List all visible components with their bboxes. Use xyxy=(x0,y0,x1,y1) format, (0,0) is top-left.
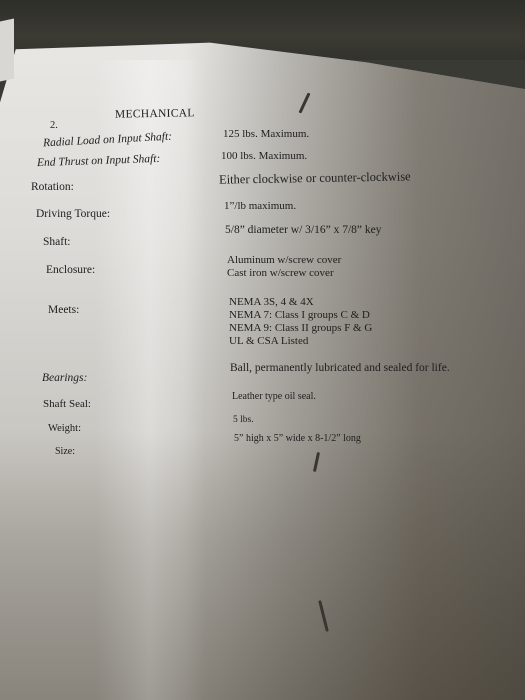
spec-label-weight: Weight: xyxy=(48,423,81,434)
spec-value-enclosure-2: Cast iron w/screw cover xyxy=(227,267,334,279)
spec-label-bearings: Bearings: xyxy=(42,372,87,384)
spec-label-meets: Meets: xyxy=(48,304,79,316)
spec-value-enclosure-1: Aluminum w/screw cover xyxy=(227,254,341,266)
spec-label-driving-torque: Driving Torque: xyxy=(36,208,110,220)
spec-value-shaft: 5/8” diameter w/ 3/16” x 7/8” key xyxy=(225,224,381,236)
spec-label-shaft-seal: Shaft Seal: xyxy=(43,398,91,410)
spec-value-driving-torque: 1”/lb maximum. xyxy=(224,200,296,212)
spec-label-radial-load: Radial Load on Input Shaft: xyxy=(43,131,173,150)
section-number: 2. xyxy=(50,120,58,131)
spec-value-radial-load: 125 lbs. Maximum. xyxy=(223,128,309,140)
spec-value-meets-1: NEMA 3S, 4 & 4X xyxy=(229,296,314,308)
spec-label-rotation: Rotation: xyxy=(31,181,74,193)
spec-label-end-thrust: End Thrust on Input Shaft: xyxy=(37,153,161,169)
spec-value-meets-3: NEMA 9: Class II groups F & G xyxy=(229,322,372,334)
spec-label-enclosure: Enclosure: xyxy=(46,264,95,276)
spec-document: 2. MECHANICAL Radial Load on Input Shaft… xyxy=(0,0,525,700)
spec-value-weight: 5 lbs. xyxy=(233,415,254,425)
spec-value-bearings: Ball, permanently lubricated and sealed … xyxy=(230,362,450,374)
spec-label-shaft: Shaft: xyxy=(43,236,70,248)
spec-value-end-thrust: 100 lbs. Maximum. xyxy=(221,150,307,162)
spec-value-meets-4: UL & CSA Listed xyxy=(229,335,308,347)
spec-label-size: Size: xyxy=(55,446,75,457)
section-heading: MECHANICAL xyxy=(115,107,195,120)
spec-value-meets-2: NEMA 7: Class I groups C & D xyxy=(229,309,370,321)
spec-value-shaft-seal: Leather type oil seal. xyxy=(232,391,316,402)
spec-value-size: 5” high x 5” wide x 8-1/2” long xyxy=(234,433,361,444)
spec-value-rotation: Either clockwise or counter-clockwise xyxy=(219,169,411,187)
